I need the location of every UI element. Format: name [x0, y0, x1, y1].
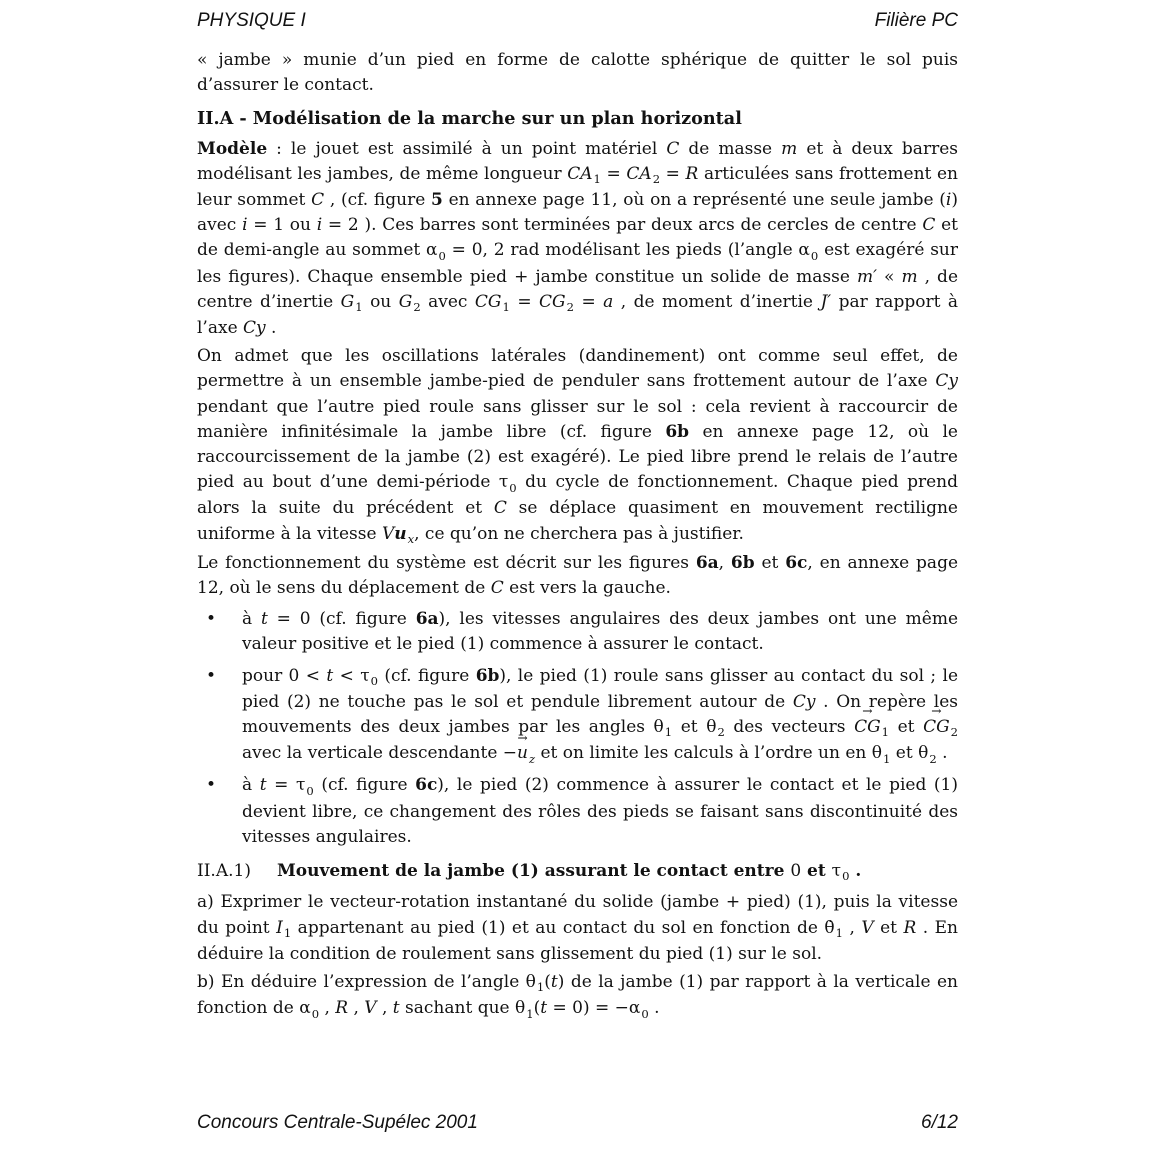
- text-run: R: [903, 918, 916, 938]
- text-run: Cy: [243, 318, 266, 338]
- text-run: = 0) = −α: [547, 998, 640, 1018]
- text-run: 0: [641, 1007, 648, 1021]
- text-run: Le fonctionnement du système est décrit …: [197, 553, 696, 573]
- text-run: et: [801, 861, 832, 881]
- text-run: = 0 (cf. figure: [268, 609, 416, 629]
- text-run: Mouvement de la jambe (1) assurant le co…: [277, 861, 790, 881]
- text-run: ou: [363, 292, 399, 312]
- text-run: 0: [509, 481, 516, 495]
- text-run: 6c: [785, 553, 807, 573]
- text-run: des vecteurs: [725, 717, 854, 737]
- text-run: , (cf. figure: [324, 190, 431, 210]
- text-run: I: [276, 918, 283, 938]
- text-run: =: [574, 292, 603, 312]
- text-run: 6a: [696, 553, 719, 573]
- text-run: τ: [832, 861, 841, 881]
- bullet-text: à t = 0 (cf. figure 6a), les vitesses an…: [242, 607, 958, 657]
- text-run: 0: [439, 249, 446, 263]
- text-run: en annexe page 11, où on a représenté un…: [443, 190, 946, 210]
- text-run: CG: [539, 292, 566, 312]
- paragraph: Modèle : le jouet est assimilé à un poin…: [197, 137, 958, 342]
- text-run: à: [242, 775, 260, 795]
- text-run: II.A - Modélisation de la marche sur un …: [197, 108, 742, 129]
- text-run: , ce qu’on ne cherchera pas à justifier.: [414, 524, 744, 544]
- bullet-text: à t = τ0 (cf. figure 6c), le pied (2) co…: [242, 773, 958, 850]
- text-run: 2: [413, 300, 420, 314]
- text-run: u: [394, 524, 406, 544]
- text-run: 0: [312, 1007, 319, 1021]
- text-run: (cf. figure: [378, 666, 476, 686]
- text-run: R: [686, 164, 699, 184]
- text-run: C: [311, 190, 324, 210]
- text-run: z: [529, 752, 535, 766]
- text-run: et: [755, 553, 786, 573]
- bullet-item: •à t = τ0 (cf. figure 6c), le pied (2) c…: [197, 773, 958, 850]
- vector-notation: CG: [923, 715, 950, 740]
- text-run: 2: [567, 300, 574, 314]
- text-run: 0: [306, 784, 313, 798]
- text-run: de masse: [679, 139, 781, 159]
- text-run: t: [551, 972, 558, 992]
- text-run: «: [877, 267, 901, 287]
- text-run: (cf. figure: [314, 775, 415, 795]
- text-run: = 0, 2 rad modélisant les pieds (l’angle…: [446, 240, 810, 260]
- paragraph: Le fonctionnement du système est décrit …: [197, 551, 958, 601]
- text-run: ,: [348, 998, 364, 1018]
- text-run: t: [260, 775, 267, 795]
- bullet-text: pour 0 < t < τ0 (cf. figure 6b), le pied…: [242, 664, 958, 768]
- text-run: =: [510, 292, 539, 312]
- bullet-item: •pour 0 < t < τ0 (cf. figure 6b), le pie…: [197, 664, 958, 768]
- text-run: 6b: [476, 666, 500, 686]
- text-run: V: [382, 524, 394, 544]
- text-run: 1: [355, 300, 362, 314]
- document-content: « jambe » munie d’un pied en forme de ca…: [197, 48, 958, 1025]
- text-run: 2: [653, 172, 660, 186]
- text-run: ,: [319, 998, 335, 1018]
- text-run: sachant que θ: [400, 998, 526, 1018]
- text-run: à: [242, 609, 261, 629]
- text-run: : le jouet est assimilé à un point matér…: [267, 139, 666, 159]
- text-run: 2: [951, 725, 958, 739]
- text-run: CA: [567, 164, 592, 184]
- text-run: t: [393, 998, 400, 1018]
- text-run: 0: [811, 249, 818, 263]
- paragraph: « jambe » munie d’un pied en forme de ca…: [197, 48, 958, 98]
- text-run: 5: [431, 190, 443, 210]
- text-run: 0: [790, 861, 801, 881]
- text-run: 6b: [731, 553, 755, 573]
- text-run: C: [666, 139, 679, 159]
- text-run: b) En déduire l’expression de l’angle θ: [197, 972, 536, 992]
- text-run: , de moment d’inertie: [613, 292, 820, 312]
- document-footer: Concours Centrale-Supélec 2001 6/12: [197, 1112, 958, 1134]
- subsection-heading: II.A.1)Mouvement de la jambe (1) assuran…: [197, 859, 958, 885]
- text-run: 6a: [416, 609, 439, 629]
- text-run: a: [603, 292, 613, 312]
- text-run: ,: [719, 553, 731, 573]
- text-run: 1: [665, 725, 672, 739]
- text-run: et θ: [672, 717, 716, 737]
- text-run: 6b: [665, 422, 689, 442]
- text-run: C: [922, 215, 935, 235]
- text-run: .: [849, 861, 861, 881]
- text-run: et on limite les calculs à l’ordre un en…: [535, 743, 882, 763]
- text-run: 1: [836, 926, 843, 940]
- document-page: PHYSIQUE I Filière PC « jambe » munie d’…: [0, 0, 1152, 1152]
- text-run: et θ: [890, 743, 928, 763]
- text-run: = 1 ou: [248, 215, 317, 235]
- text-run: Cy: [935, 371, 958, 391]
- text-run: .: [937, 743, 948, 763]
- text-run: = τ: [267, 775, 306, 795]
- text-run: et: [874, 918, 904, 938]
- paragraph: a) Exprimer le vecteur-rotation instanta…: [197, 890, 958, 967]
- text-run: Cy: [793, 692, 816, 712]
- section-heading: II.A - Modélisation de la marche sur un …: [197, 106, 958, 132]
- text-run: et: [889, 717, 923, 737]
- text-run: CA: [626, 164, 651, 184]
- text-run: 2: [717, 725, 724, 739]
- text-run: m′: [857, 267, 877, 287]
- text-run: 6c: [415, 775, 437, 795]
- text-run: ,: [843, 918, 861, 938]
- text-run: 1: [883, 752, 890, 766]
- vector-notation: u: [517, 741, 528, 766]
- text-run: 0: [842, 869, 849, 883]
- text-run: .: [649, 998, 660, 1018]
- bullet-item: •à t = 0 (cf. figure 6a), les vitesses a…: [197, 607, 958, 657]
- text-run: 1: [526, 1007, 533, 1021]
- text-run: 1: [594, 172, 601, 186]
- text-run: 1: [537, 980, 544, 994]
- footer-page-number: 6/12: [921, 1112, 958, 1134]
- paragraph: b) En déduire l’expression de l’angle θ1…: [197, 970, 958, 1022]
- paragraph: On admet que les oscillations latérales …: [197, 344, 958, 548]
- text-run: ,: [377, 998, 393, 1018]
- text-run: V: [364, 998, 376, 1018]
- bullet-marker: •: [197, 773, 242, 850]
- text-run: 1: [503, 300, 510, 314]
- text-run: (: [544, 972, 551, 992]
- text-run: R: [335, 998, 348, 1018]
- footer-exam-title: Concours Centrale-Supélec 2001: [197, 1112, 478, 1134]
- text-run: .: [266, 318, 277, 338]
- text-run: J′: [820, 292, 831, 312]
- bullet-marker: •: [197, 664, 242, 768]
- text-run: x: [408, 532, 415, 546]
- text-run: m: [901, 267, 917, 287]
- text-run: est vers la gauche.: [504, 578, 671, 598]
- text-run: < τ: [333, 666, 369, 686]
- text-run: On admet que les oscillations latérales …: [197, 346, 958, 391]
- text-run: =: [601, 164, 626, 184]
- text-run: « jambe » munie d’un pied en forme de ca…: [197, 50, 958, 95]
- text-run: V: [861, 918, 873, 938]
- text-run: Modèle: [197, 139, 267, 159]
- text-run: C: [491, 578, 504, 598]
- text-run: =: [660, 164, 685, 184]
- text-run: G: [341, 292, 355, 312]
- text-run: CG: [475, 292, 502, 312]
- text-run: C: [494, 498, 507, 518]
- text-run: 0: [371, 674, 378, 688]
- text-run: 1: [284, 926, 291, 940]
- header-course-title: PHYSIQUE I: [197, 10, 306, 32]
- text-run: G: [399, 292, 413, 312]
- text-run: II.A.1): [197, 861, 251, 881]
- vector-notation: CG: [854, 715, 881, 740]
- header-track-label: Filière PC: [875, 10, 958, 32]
- text-run: t: [261, 609, 268, 629]
- text-run: avec la verticale descendante −: [242, 743, 517, 763]
- text-run: pour 0 <: [242, 666, 326, 686]
- text-run: appartenant au pied (1) et au contact du…: [291, 918, 834, 938]
- bullet-marker: •: [197, 607, 242, 657]
- text-run: m: [781, 139, 797, 159]
- text-run: = 2 ). Ces barres sont terminées par deu…: [322, 215, 922, 235]
- text-run: 2: [929, 752, 936, 766]
- document-header: PHYSIQUE I Filière PC: [197, 10, 958, 32]
- text-run: avec: [421, 292, 475, 312]
- text-run: 1: [882, 725, 889, 739]
